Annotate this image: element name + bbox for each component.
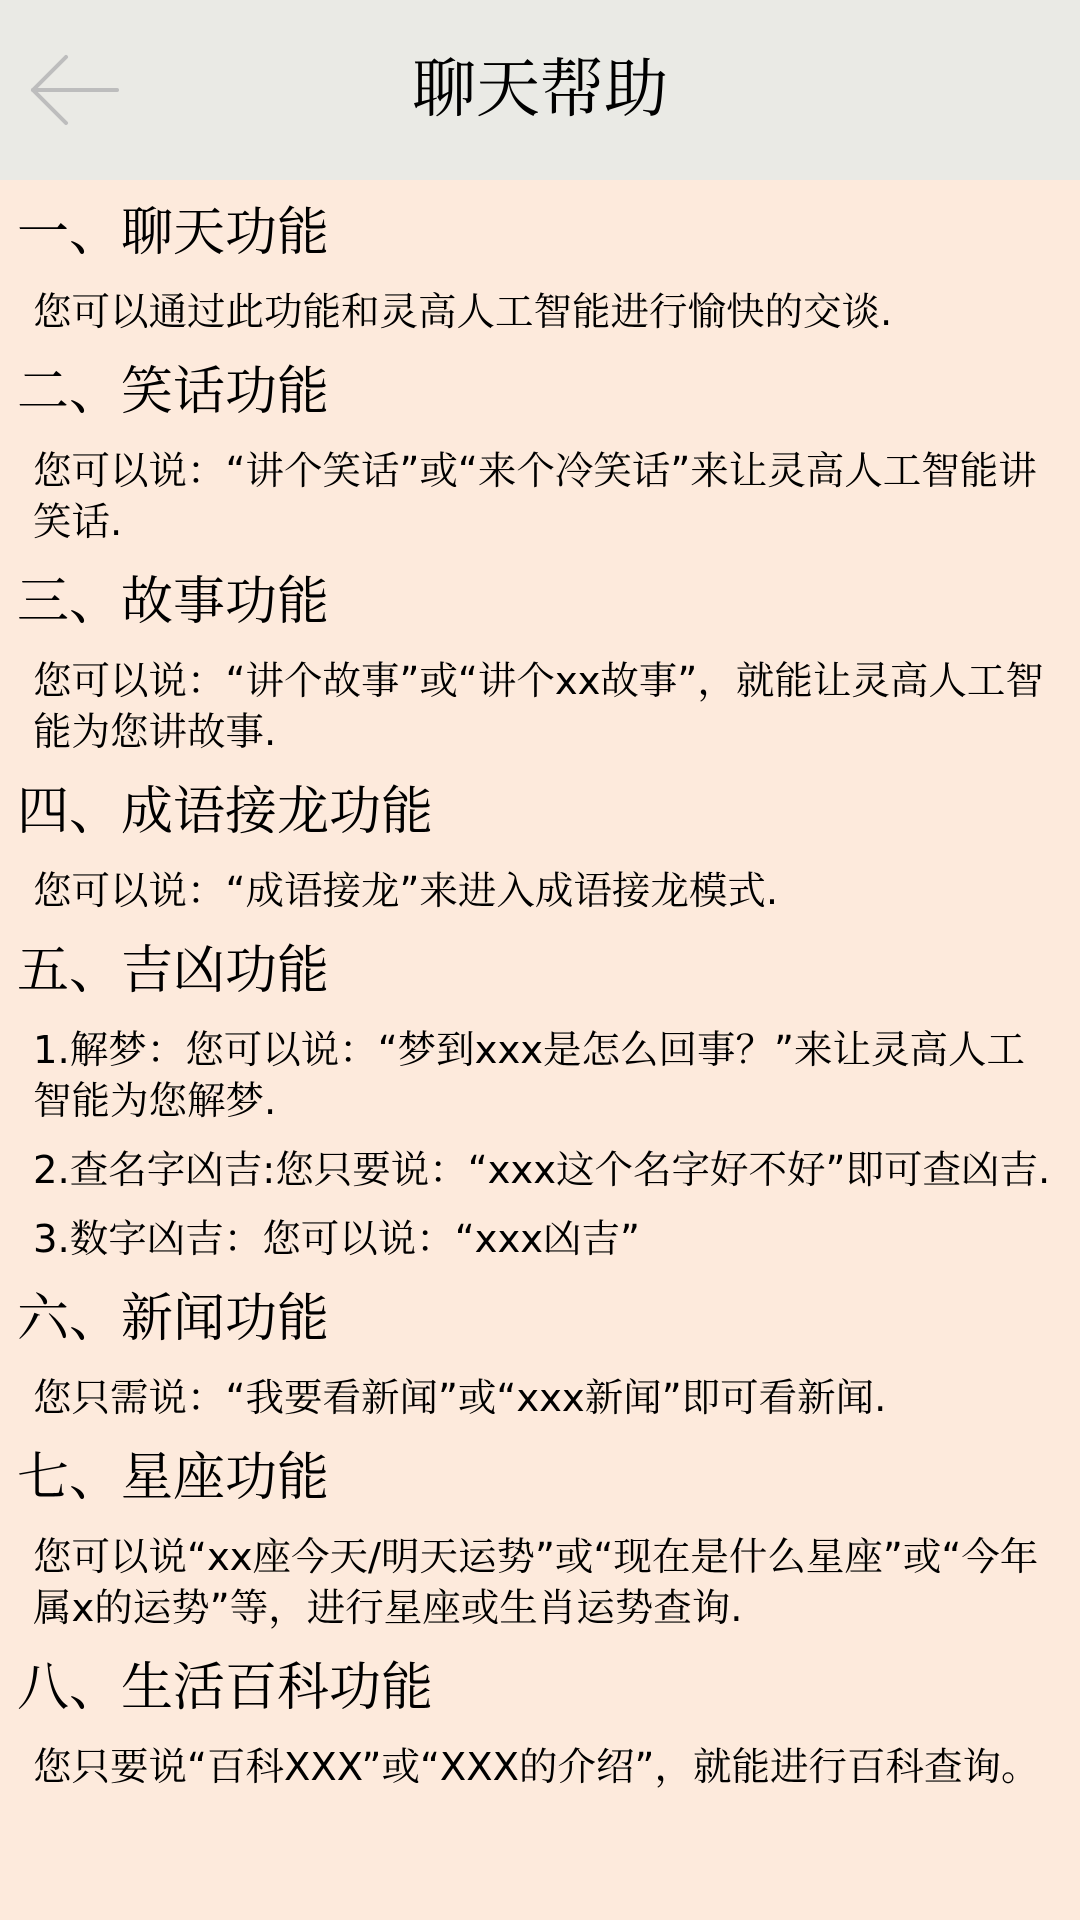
page-title: 聊天帮助 <box>0 0 1080 180</box>
section-text-name-fortune: 2.查名字凶吉:您只要说：“xxx这个名字好不好”即可查凶吉. <box>0 1145 1080 1196</box>
section-text-chat: 您可以通过此功能和灵高人工智能进行愉快的交谈. <box>0 287 1080 338</box>
back-button[interactable] <box>20 44 130 136</box>
help-content: 一、聊天功能 您可以通过此功能和灵高人工智能进行愉快的交谈. 二、笑话功能 您可… <box>0 180 1080 1793</box>
section-text-jokes: 您可以说：“讲个笑话”或“来个冷笑话”来让灵高人工智能讲笑话. <box>0 446 1080 548</box>
section-text-number-fortune: 3.数字凶吉：您可以说：“xxx凶吉” <box>0 1214 1080 1265</box>
section-heading-news: 六、新闻功能 <box>0 1287 1080 1351</box>
section-heading-idiom-chain: 四、成语接龙功能 <box>0 780 1080 844</box>
app-bar: 聊天帮助 <box>0 0 1080 180</box>
section-text-dream-interpretation: 1.解梦：您可以说：“梦到xxx是怎么回事？”来让灵高人工智能为您解梦. <box>0 1025 1080 1127</box>
section-heading-chat: 一、聊天功能 <box>0 201 1080 265</box>
section-text-idiom-chain: 您可以说：“成语接龙”来进入成语接龙模式. <box>0 866 1080 917</box>
section-text-horoscope: 您可以说“xx座今天/明天运势”或“现在是什么星座”或“今年属x的运势”等，进行… <box>0 1532 1080 1634</box>
section-heading-jokes: 二、笑话功能 <box>0 360 1080 424</box>
section-heading-horoscope: 七、星座功能 <box>0 1446 1080 1510</box>
arrow-left-icon <box>20 44 130 136</box>
section-heading-fortune: 五、吉凶功能 <box>0 939 1080 1003</box>
section-heading-stories: 三、故事功能 <box>0 570 1080 634</box>
section-text-news: 您只需说：“我要看新闻”或“xxx新闻”即可看新闻. <box>0 1373 1080 1424</box>
section-text-encyclopedia: 您只要说“百科XXX”或“XXX的介绍”，就能进行百科查询。 <box>0 1742 1080 1793</box>
section-text-stories: 您可以说：“讲个故事”或“讲个xx故事”，就能让灵高人工智能为您讲故事. <box>0 656 1080 758</box>
section-heading-encyclopedia: 八、生活百科功能 <box>0 1656 1080 1720</box>
